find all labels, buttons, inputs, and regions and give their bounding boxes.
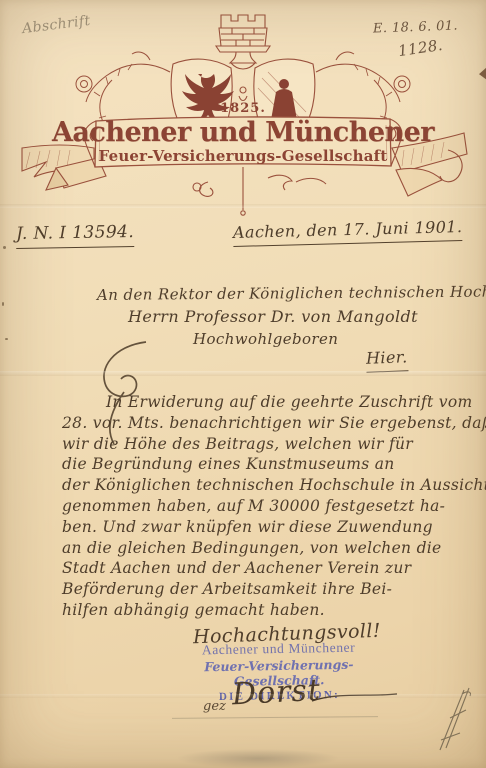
paper-speck [5,338,8,340]
signature-tail-flourish [310,688,400,706]
fold-crease [0,371,486,376]
paper-speck [2,302,4,306]
body-line: genommen haben, auf M 30000 festgesetzt … [62,496,464,517]
bottom-ornament-icon [193,167,326,215]
pencil-paraph-mark [432,686,474,758]
body-line: wir die Höhe des Beitrags, welchen wir f… [62,434,464,455]
body-line: Beförderung der Arbeitsamkeit ihre Bei- [62,579,464,600]
body-line: die Begründung eines Kunstmuseums an [62,454,464,475]
paper-speck [3,246,6,249]
body-line: ben. Und zwar knüpfen wir diese Zuwendun… [62,517,464,538]
body-line: hilfen abhängig gemacht haben. [62,600,464,621]
letter-body: In Erwiderung auf die geehrte Zuschrift … [62,392,464,621]
pencil-underline [172,716,378,719]
recipient-location: Hier. [366,347,408,367]
journal-number: J. N. I 13594. [16,222,134,244]
scanned-letter-page: 1825. [0,0,486,768]
recipient-line-1: An den Rektor der Königlichen technische… [97,282,486,304]
company-subtitle: Feuer-Versicherungs-Gesellschaft [0,149,486,164]
signature-name: Dorst [231,673,322,713]
received-date-annotation: E. 18. 6. 01. [373,19,458,37]
signature-prefix: gez [203,699,226,714]
monk-head [279,79,289,89]
bottom-smudge [178,749,338,768]
mural-crown-icon [216,15,270,69]
body-line: 28. vor. Mts. benachrichtigen wir Sie er… [62,413,464,434]
recipient-line-3: Hochwohlgeboren [193,330,338,348]
body-line: der Königlichen technischen Hochschule i… [62,475,464,496]
company-name: Aachener und Münchener [0,119,486,146]
body-line: Stadt Aachen und der Aachener Verein zur [62,558,464,579]
recipient-line-2: Herrn Professor Dr. von Mangoldt [128,307,418,326]
shield-divider-ornament [239,87,247,101]
dateline: Aachen, den 17. Juni 1901. [233,217,463,242]
stamp-line-1: Aachener und Münchener [185,639,371,658]
body-line: an die gleichen Bedingungen, von welchen… [62,538,464,559]
body-line: In Erwiderung auf die geehrte Zuschrift … [62,392,464,413]
founding-year: 1825. [220,101,266,116]
